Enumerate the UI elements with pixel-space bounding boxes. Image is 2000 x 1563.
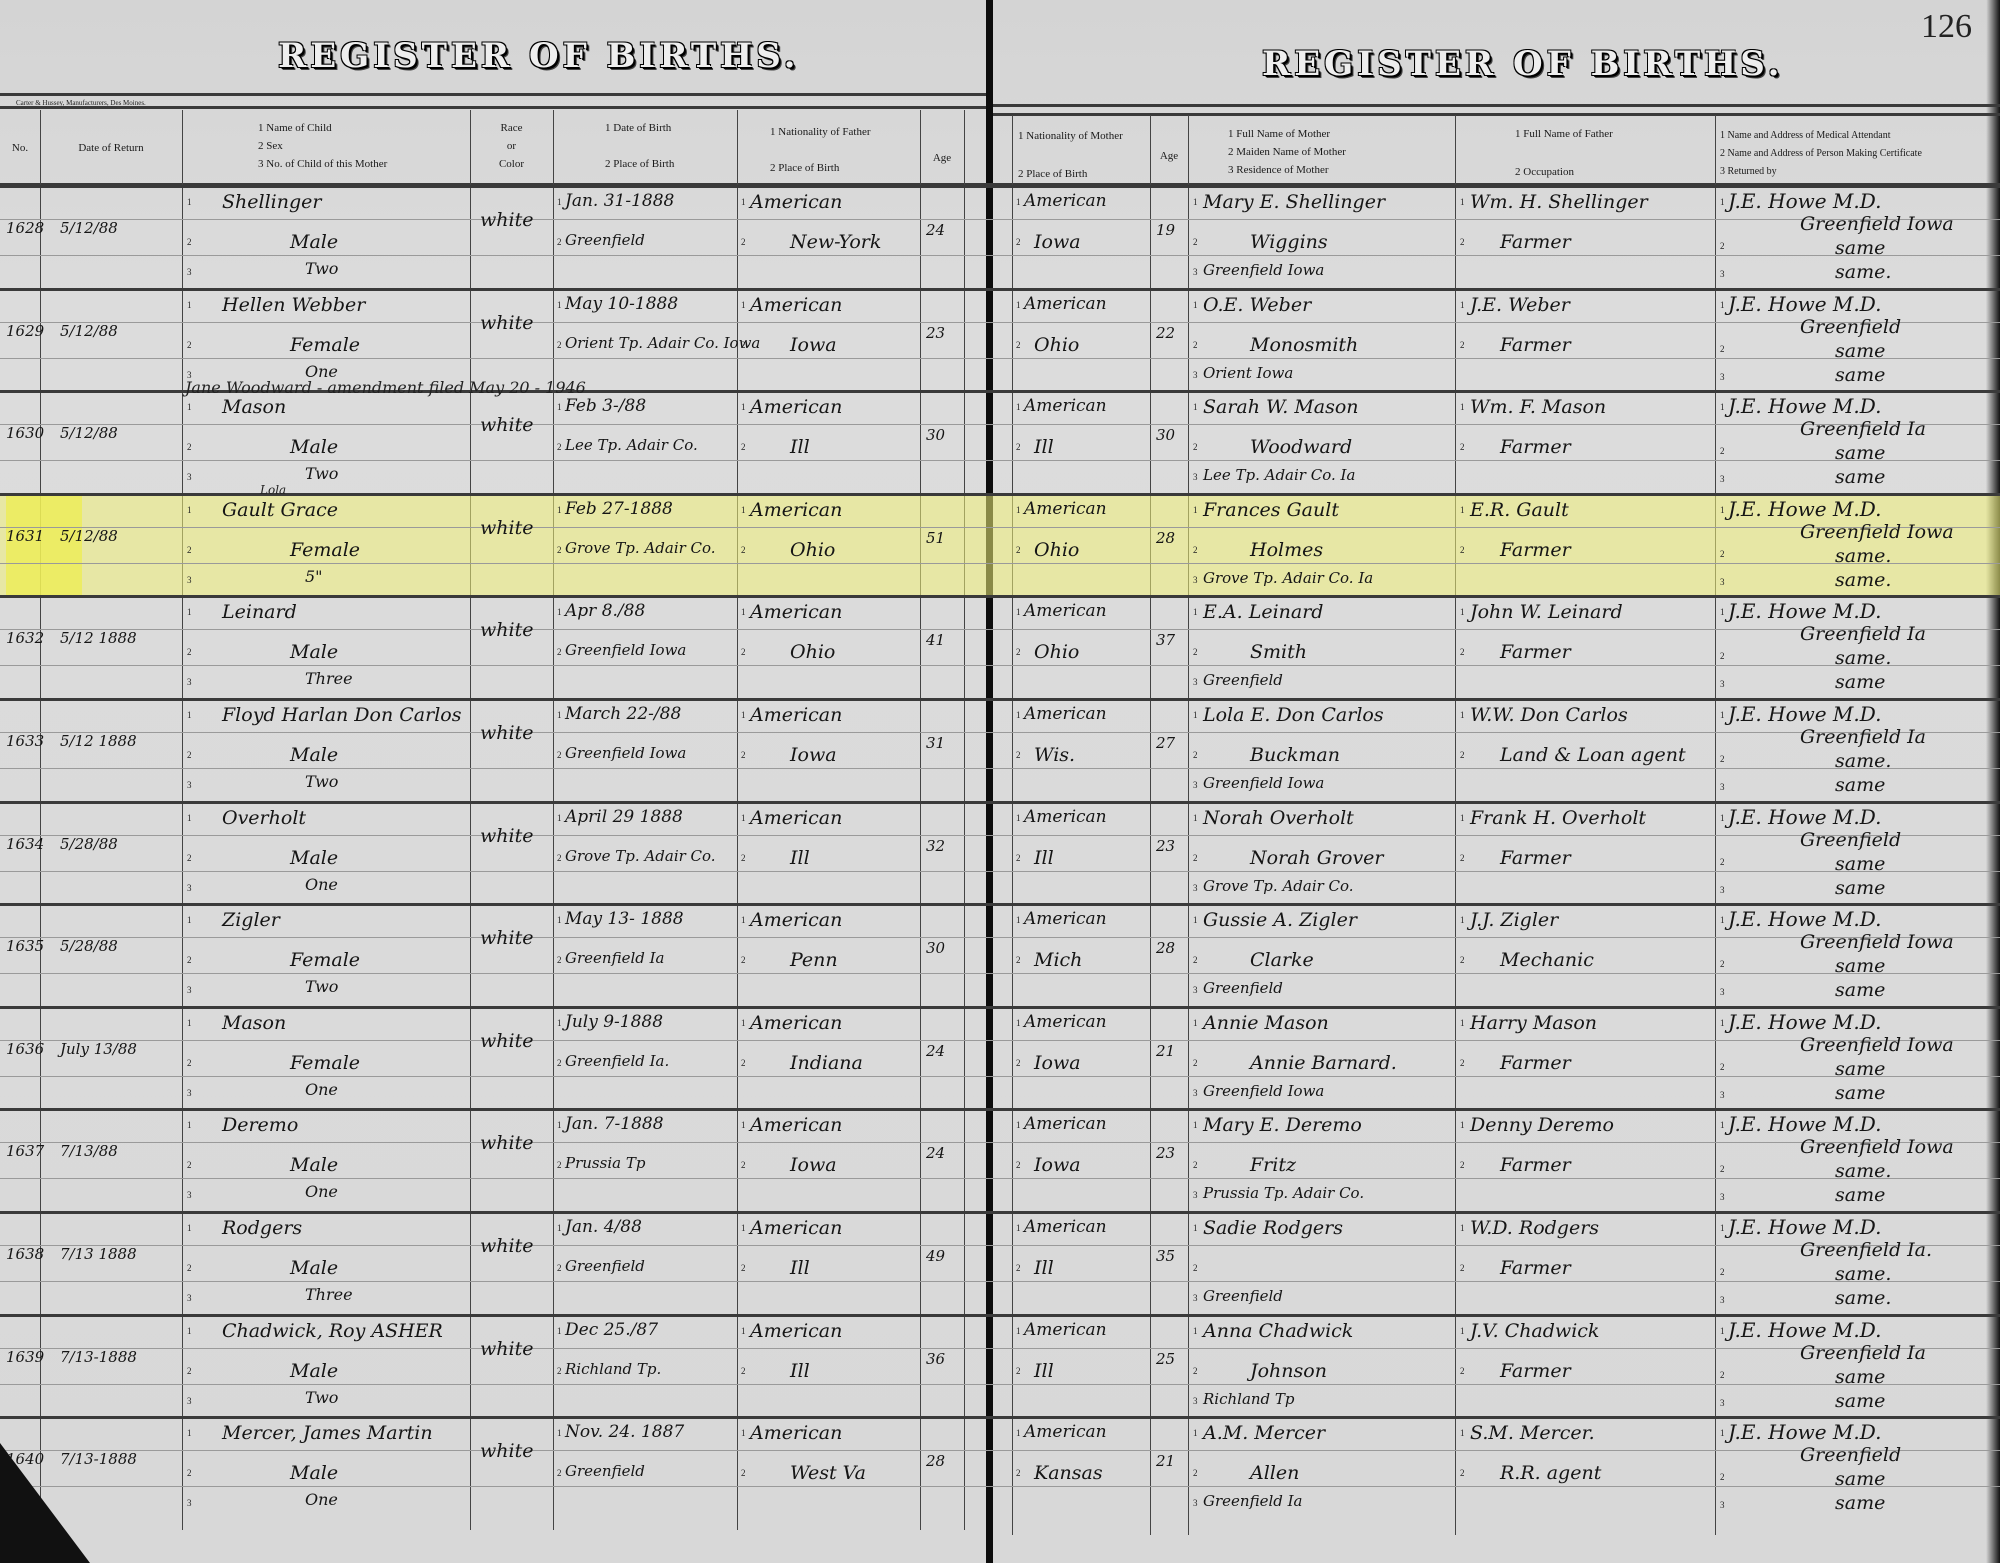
certificate-maker: same xyxy=(1835,442,1885,464)
entry-divider xyxy=(0,493,2000,496)
line-marker: 1 xyxy=(1016,505,1021,515)
date-of-birth: March 22-/88 xyxy=(565,704,681,724)
line-marker: 2 xyxy=(187,1058,192,1068)
mother-residence: Greenfield Iowa xyxy=(1203,1082,1324,1100)
mother-place-of-birth: Ill xyxy=(1034,847,1054,869)
returned-by: same xyxy=(1835,1390,1885,1412)
child-name: Shellinger xyxy=(222,191,321,213)
entry-divider xyxy=(0,1108,2000,1111)
child-sex: Male xyxy=(290,847,338,869)
line-marker: 1 xyxy=(1016,1326,1021,1336)
father-full-name: J.J. Zigler xyxy=(1470,909,1558,931)
medical-attendant: J.E. Howe M.D. xyxy=(1728,1318,1881,1342)
mother-age: 21 xyxy=(1156,1452,1175,1470)
returned-by: same xyxy=(1835,1184,1885,1206)
line-marker: 2 xyxy=(1460,1366,1465,1376)
father-age: 30 xyxy=(926,939,945,957)
child-sex: Male xyxy=(290,1462,338,1484)
father-occupation: Farmer xyxy=(1500,1052,1571,1074)
line-marker: 1 xyxy=(741,607,746,617)
father-occupation: Farmer xyxy=(1500,847,1571,869)
medical-attendant: J.E. Howe M.D. xyxy=(1728,1010,1881,1034)
line-divider xyxy=(0,1245,2000,1246)
medical-attendant-address: Greenfield Ia xyxy=(1800,418,1926,440)
father-full-name: E.R. Gault xyxy=(1470,499,1569,521)
mother-nationality: American xyxy=(1024,601,1107,621)
race: white xyxy=(480,927,533,949)
mother-residence: Richland Tp xyxy=(1203,1390,1295,1408)
line-marker: 2 xyxy=(1460,340,1465,350)
line-marker: 2 xyxy=(741,1468,746,1478)
child-name: Floyd Harlan Don Carlos xyxy=(222,704,461,726)
entry-number: 1629 xyxy=(6,322,44,340)
mother-residence: Grove Tp. Adair Co. xyxy=(1203,877,1354,895)
line-marker: 3 xyxy=(187,1498,192,1508)
place-of-birth: Greenfield Ia. xyxy=(565,1052,669,1070)
father-age: 41 xyxy=(926,631,945,649)
race: white xyxy=(480,209,533,231)
line-marker: 2 xyxy=(1193,647,1198,657)
medical-attendant-address: Greenfield Iowa xyxy=(1800,213,1954,235)
line-marker: 2 xyxy=(187,237,192,247)
line-marker: 3 xyxy=(1193,1498,1198,1508)
header-mother-nat-1: 1 Nationality of Mother xyxy=(1018,128,1123,144)
line-divider xyxy=(0,1348,2000,1349)
mother-maiden-name: Fritz xyxy=(1250,1154,1296,1176)
line-marker: 1 xyxy=(1460,197,1465,207)
line-marker: 3 xyxy=(1193,985,1198,995)
child-number: One xyxy=(305,1080,338,1099)
line-marker: 1 xyxy=(557,505,562,515)
header-father-nat-1: 1 Nationality of Father xyxy=(770,124,871,140)
mother-full-name: Mary E. Deremo xyxy=(1203,1114,1362,1136)
line-marker: 2 xyxy=(1460,1263,1465,1273)
line-marker: 2 xyxy=(1460,1058,1465,1068)
line-marker: 1 xyxy=(1720,402,1725,412)
medical-attendant: J.E. Howe M.D. xyxy=(1728,805,1881,829)
page-title-right: REGISTER OF BIRTHS. xyxy=(1262,44,1783,84)
line-marker: 3 xyxy=(1193,370,1198,380)
line-marker: 3 xyxy=(1720,1192,1725,1202)
mother-residence: Grove Tp. Adair Co. Ia xyxy=(1203,569,1373,587)
line-divider xyxy=(0,835,2000,836)
certificate-maker: same xyxy=(1835,1058,1885,1080)
line-marker: 1 xyxy=(741,300,746,310)
line-marker: 2 xyxy=(1016,442,1021,452)
line-marker: 3 xyxy=(1193,677,1198,687)
line-divider xyxy=(0,665,2000,666)
line-marker: 1 xyxy=(557,300,562,310)
child-sex: Male xyxy=(290,1360,338,1382)
returned-by: same xyxy=(1835,671,1885,693)
line-marker: 1 xyxy=(1460,1120,1465,1130)
line-marker: 1 xyxy=(557,1120,562,1130)
line-divider xyxy=(0,1178,2000,1179)
entry-divider xyxy=(0,1006,2000,1009)
child-sex: Male xyxy=(290,1257,338,1279)
line-marker: 1 xyxy=(1193,1018,1198,1028)
line-marker: 1 xyxy=(187,1223,192,1233)
line-marker: 1 xyxy=(1016,1223,1021,1233)
entry-number: 1636 xyxy=(6,1040,44,1058)
father-place-of-birth: Iowa xyxy=(790,1154,837,1176)
medical-attendant: J.E. Howe M.D. xyxy=(1728,1215,1881,1239)
mother-nationality: American xyxy=(1024,396,1107,416)
line-marker: 1 xyxy=(1193,1326,1198,1336)
father-age: 24 xyxy=(926,1144,945,1162)
line-marker: 3 xyxy=(187,780,192,790)
mother-place-of-birth: Iowa xyxy=(1034,1154,1081,1176)
father-full-name: Frank H. Overholt xyxy=(1470,807,1646,829)
mother-maiden-name: Buckman xyxy=(1250,744,1340,766)
header-mother-2: 2 Maiden Name of Mother xyxy=(1228,144,1346,160)
father-nationality: American xyxy=(750,909,842,931)
mother-age: 23 xyxy=(1156,1144,1175,1162)
line-divider xyxy=(0,768,2000,769)
medical-attendant: J.E. Howe M.D. xyxy=(1728,1420,1881,1444)
place-of-birth: Orient Tp. Adair Co. Iowa xyxy=(565,334,760,352)
mother-full-name: Lola E. Don Carlos xyxy=(1203,704,1384,726)
line-marker: 1 xyxy=(1193,915,1198,925)
line-marker: 2 xyxy=(187,647,192,657)
mother-age: 35 xyxy=(1156,1247,1175,1265)
medical-attendant: J.E. Howe M.D. xyxy=(1728,292,1881,316)
mother-nationality: American xyxy=(1024,807,1107,827)
line-marker: 1 xyxy=(741,1120,746,1130)
medical-attendant-address: Greenfield Ia xyxy=(1800,623,1926,645)
entry-number: 1630 xyxy=(6,424,44,442)
entry-divider xyxy=(0,595,2000,598)
line-divider xyxy=(0,1040,2000,1041)
father-occupation: R.R. agent xyxy=(1500,1462,1601,1484)
line-marker: 2 xyxy=(557,750,562,760)
child-number: Two xyxy=(305,772,338,791)
mother-maiden-name: Woodward xyxy=(1250,436,1352,458)
mother-residence: Lee Tp. Adair Co. Ia xyxy=(1203,466,1355,484)
line-marker: 1 xyxy=(1720,300,1725,310)
line-marker: 1 xyxy=(1460,1428,1465,1438)
race: white xyxy=(480,1030,533,1052)
line-marker: 2 xyxy=(187,955,192,965)
line-divider xyxy=(0,1486,2000,1487)
certificate-maker: same xyxy=(1835,1366,1885,1388)
line-marker: 3 xyxy=(1193,267,1198,277)
header-father-nat-2: 2 Place of Birth xyxy=(770,160,839,176)
line-marker: 2 xyxy=(741,1160,746,1170)
line-marker: 2 xyxy=(1193,237,1198,247)
date-of-return: 7/13 1888 xyxy=(60,1245,137,1263)
father-occupation: Farmer xyxy=(1500,231,1571,253)
line-marker: 3 xyxy=(1720,1090,1725,1100)
date-of-return: 5/12 1888 xyxy=(60,732,137,750)
line-marker: 1 xyxy=(1193,1428,1198,1438)
line-marker: 1 xyxy=(1460,1223,1465,1233)
line-marker: 1 xyxy=(187,1428,192,1438)
line-marker: 2 xyxy=(741,237,746,247)
entry-number: 1638 xyxy=(6,1245,44,1263)
father-full-name: Denny Deremo xyxy=(1470,1114,1614,1136)
line-marker: 1 xyxy=(557,197,562,207)
line-marker: 1 xyxy=(557,402,562,412)
line-marker: 2 xyxy=(1016,237,1021,247)
father-occupation: Farmer xyxy=(1500,1257,1571,1279)
line-marker: 2 xyxy=(187,1468,192,1478)
line-divider xyxy=(0,219,2000,220)
line-marker: 2 xyxy=(1193,1160,1198,1170)
medical-attendant: J.E. Howe M.D. xyxy=(1728,189,1881,213)
line-marker: 1 xyxy=(741,1326,746,1336)
line-divider xyxy=(0,563,2000,564)
child-sex: Female xyxy=(290,949,360,971)
line-marker: 1 xyxy=(1460,915,1465,925)
mother-place-of-birth: Ohio xyxy=(1034,334,1079,356)
mother-residence: Greenfield xyxy=(1203,979,1283,997)
child-name: Mason xyxy=(222,396,286,418)
line-marker: 2 xyxy=(1460,647,1465,657)
header-child-1: 1 Name of Child xyxy=(258,120,332,136)
mother-place-of-birth: Iowa xyxy=(1034,231,1081,253)
mother-full-name: Anna Chadwick xyxy=(1203,1320,1353,1342)
race: white xyxy=(480,1338,533,1360)
line-marker: 1 xyxy=(557,710,562,720)
child-name: Overholt xyxy=(222,807,306,829)
line-marker: 3 xyxy=(1720,1500,1725,1510)
place-of-birth: Greenfield Iowa xyxy=(565,641,686,659)
line-marker: 2 xyxy=(1016,340,1021,350)
line-marker: 1 xyxy=(557,1326,562,1336)
medical-attendant-address: Greenfield Iowa xyxy=(1800,1136,1954,1158)
returned-by: same xyxy=(1835,979,1885,1001)
line-marker: 1 xyxy=(187,402,192,412)
entry-number: 1634 xyxy=(6,835,44,853)
header-medical-2: 2 Name and Address of Person Making Cert… xyxy=(1720,146,1922,162)
line-marker: 3 xyxy=(187,1396,192,1406)
line-marker: 2 xyxy=(741,647,746,657)
father-nationality: American xyxy=(750,1217,842,1239)
line-marker: 2 xyxy=(1460,955,1465,965)
father-place-of-birth: Penn xyxy=(790,949,838,971)
returned-by: same xyxy=(1835,1082,1885,1104)
place-of-birth: Grove Tp. Adair Co. xyxy=(565,539,716,557)
line-marker: 2 xyxy=(1720,1370,1725,1380)
father-place-of-birth: Ill xyxy=(790,847,810,869)
date-of-birth: Feb 27-1888 xyxy=(565,499,673,519)
date-of-return: 5/12 1888 xyxy=(60,629,137,647)
place-of-birth: Richland Tp. xyxy=(565,1360,661,1378)
register-entry-row: 1638 7/13 1888 1 Rodgers 2 Male 3 Three … xyxy=(0,1211,2000,1314)
line-marker: 3 xyxy=(187,677,192,687)
line-marker: 1 xyxy=(741,915,746,925)
mother-nationality: American xyxy=(1024,294,1107,314)
line-marker: 1 xyxy=(1460,300,1465,310)
mother-place-of-birth: Ill xyxy=(1034,1257,1054,1279)
mother-place-of-birth: Mich xyxy=(1034,949,1082,971)
line-marker: 3 xyxy=(187,472,192,482)
register-entry-row: 1631 5/12/88 1 Gault Grace Lola 2 Female… xyxy=(0,493,2000,596)
place-of-birth: Grove Tp. Adair Co. xyxy=(565,847,716,865)
father-place-of-birth: New-York xyxy=(790,231,881,253)
register-entry-row: 1633 5/12 1888 1 Floyd Harlan Don Carlos… xyxy=(0,698,2000,801)
mother-age: 19 xyxy=(1156,221,1175,239)
mother-residence: Greenfield xyxy=(1203,671,1283,689)
line-marker: 1 xyxy=(1460,813,1465,823)
line-marker: 1 xyxy=(741,813,746,823)
mother-nationality: American xyxy=(1024,1012,1107,1032)
mother-maiden-name: Monosmith xyxy=(1250,334,1358,356)
mother-maiden-name: Annie Barnard. xyxy=(1250,1052,1397,1074)
father-nationality: American xyxy=(750,1114,842,1136)
line-marker: 3 xyxy=(1720,679,1725,689)
mother-place-of-birth: Kansas xyxy=(1034,1462,1103,1484)
line-marker: 2 xyxy=(1460,237,1465,247)
child-sex: Female xyxy=(290,334,360,356)
line-divider xyxy=(0,937,2000,938)
line-marker: 2 xyxy=(187,1366,192,1376)
medical-attendant: J.E. Howe M.D. xyxy=(1728,497,1881,521)
child-sex: Male xyxy=(290,231,338,253)
father-age: 31 xyxy=(926,734,945,752)
line-marker: 1 xyxy=(187,300,192,310)
medical-attendant-address: Greenfield xyxy=(1800,316,1901,338)
header-mother-1: 1 Full Name of Mother xyxy=(1228,126,1330,142)
father-nationality: American xyxy=(750,601,842,623)
line-marker: 3 xyxy=(1193,1396,1198,1406)
line-marker: 1 xyxy=(557,1428,562,1438)
line-divider xyxy=(0,973,2000,974)
line-marker: 1 xyxy=(1016,915,1021,925)
line-marker: 2 xyxy=(1193,750,1198,760)
father-full-name: W.W. Don Carlos xyxy=(1470,704,1628,726)
date-of-birth: Feb 3-/88 xyxy=(565,396,646,416)
line-marker: 1 xyxy=(1016,300,1021,310)
line-marker: 3 xyxy=(1193,883,1198,893)
line-marker: 2 xyxy=(1720,1472,1725,1482)
date-of-return: 5/28/88 xyxy=(60,835,118,853)
line-marker: 2 xyxy=(1460,442,1465,452)
line-marker: 3 xyxy=(1193,1088,1198,1098)
header-race-2: or xyxy=(470,138,553,154)
line-marker: 1 xyxy=(1016,710,1021,720)
mother-nationality: American xyxy=(1024,909,1107,929)
father-nationality: American xyxy=(750,704,842,726)
line-marker: 1 xyxy=(1720,1326,1725,1336)
line-marker: 1 xyxy=(557,1018,562,1028)
line-marker: 3 xyxy=(1720,1295,1725,1305)
line-marker: 3 xyxy=(1720,987,1725,997)
line-marker: 2 xyxy=(1193,853,1198,863)
father-age: 51 xyxy=(926,529,945,547)
entry-divider xyxy=(0,903,2000,906)
medical-attendant-address: Greenfield Iowa xyxy=(1800,931,1954,953)
line-marker: 1 xyxy=(187,710,192,720)
child-sex: Female xyxy=(290,1052,360,1074)
line-marker: 1 xyxy=(1193,1120,1198,1130)
header-birth-1: 1 Date of Birth xyxy=(605,120,671,136)
line-marker: 1 xyxy=(187,813,192,823)
medical-attendant: J.E. Howe M.D. xyxy=(1728,1112,1881,1136)
line-marker: 2 xyxy=(187,1263,192,1273)
place-of-birth: Prussia Tp xyxy=(565,1154,645,1172)
date-of-birth: April 29 1888 xyxy=(565,807,683,827)
line-marker: 2 xyxy=(187,545,192,555)
line-marker: 1 xyxy=(1720,1428,1725,1438)
line-marker: 2 xyxy=(557,1058,562,1068)
mother-residence: Greenfield Iowa xyxy=(1203,774,1324,792)
mother-age: 23 xyxy=(1156,837,1175,855)
line-marker: 1 xyxy=(1460,1326,1465,1336)
line-marker: 2 xyxy=(1193,1263,1198,1273)
line-marker: 1 xyxy=(1193,607,1198,617)
line-marker: 1 xyxy=(1720,1018,1725,1028)
mother-full-name: Sarah W. Mason xyxy=(1203,396,1359,418)
line-marker: 2 xyxy=(741,1263,746,1273)
register-entry-row: 1634 5/28/88 1 Overholt 2 Male 3 One whi… xyxy=(0,801,2000,904)
mother-nationality: American xyxy=(1024,704,1107,724)
line-marker: 1 xyxy=(1720,1223,1725,1233)
date-of-birth: July 9-1888 xyxy=(565,1012,663,1032)
father-occupation: Farmer xyxy=(1500,539,1571,561)
line-marker: 1 xyxy=(1720,813,1725,823)
date-of-return: 5/12/88 xyxy=(60,219,118,237)
child-name: Mason xyxy=(222,1012,286,1034)
child-number: Two xyxy=(305,1388,338,1407)
line-marker: 2 xyxy=(1193,1468,1198,1478)
father-place-of-birth: Ill xyxy=(790,436,810,458)
header-child-2: 2 Sex xyxy=(258,138,283,154)
register-entry-row: 1628 5/12/88 1 Shellinger 2 Male 3 Two w… xyxy=(0,185,2000,288)
line-divider xyxy=(0,424,2000,425)
line-marker: 1 xyxy=(1016,402,1021,412)
mother-age: 22 xyxy=(1156,324,1175,342)
father-full-name: Harry Mason xyxy=(1470,1012,1597,1034)
child-name: Chadwick, Roy ASHER xyxy=(222,1320,443,1342)
register-entry-row: 1629 5/12/88 1 Hellen Webber 2 Female 3 … xyxy=(0,288,2000,391)
mother-maiden-name: Allen xyxy=(1250,1462,1299,1484)
line-marker: 2 xyxy=(1720,549,1725,559)
date-of-return: July 13/88 xyxy=(60,1040,137,1058)
mother-residence: Prussia Tp. Adair Co. xyxy=(1203,1184,1364,1202)
line-marker: 3 xyxy=(187,267,192,277)
header-no: No. xyxy=(0,140,40,156)
line-marker: 2 xyxy=(741,340,746,350)
mother-place-of-birth: Wis. xyxy=(1034,744,1075,766)
header-medical-3: 3 Returned by xyxy=(1720,164,1777,180)
medical-attendant-address: Greenfield Iowa xyxy=(1800,1034,1954,1056)
line-marker: 1 xyxy=(741,197,746,207)
line-marker: 2 xyxy=(557,647,562,657)
date-of-return: 7/13-1888 xyxy=(60,1348,137,1366)
line-marker: 3 xyxy=(1720,885,1725,895)
register-book: REGISTER OF BIRTHS. REGISTER OF BIRTHS. … xyxy=(0,0,2000,1563)
line-marker: 2 xyxy=(557,237,562,247)
line-marker: 2 xyxy=(1193,340,1198,350)
line-marker: 1 xyxy=(741,402,746,412)
date-of-birth: Jan. 31-1888 xyxy=(565,191,674,211)
mother-place-of-birth: Ill xyxy=(1034,436,1054,458)
mother-full-name: A.M. Mercer xyxy=(1203,1422,1325,1444)
race: white xyxy=(480,1235,533,1257)
mother-full-name: Frances Gault xyxy=(1203,499,1339,521)
register-entry-row: 1637 7/13/88 1 Deremo 2 Male 3 One white… xyxy=(0,1108,2000,1211)
line-marker: 1 xyxy=(741,505,746,515)
line-marker: 2 xyxy=(187,853,192,863)
mother-full-name: Gussie A. Zigler xyxy=(1203,909,1357,931)
certificate-maker: same xyxy=(1835,955,1885,977)
line-marker: 1 xyxy=(557,813,562,823)
entry-number: 1631 xyxy=(6,527,44,545)
line-marker: 2 xyxy=(557,340,562,350)
line-marker: 1 xyxy=(187,1326,192,1336)
